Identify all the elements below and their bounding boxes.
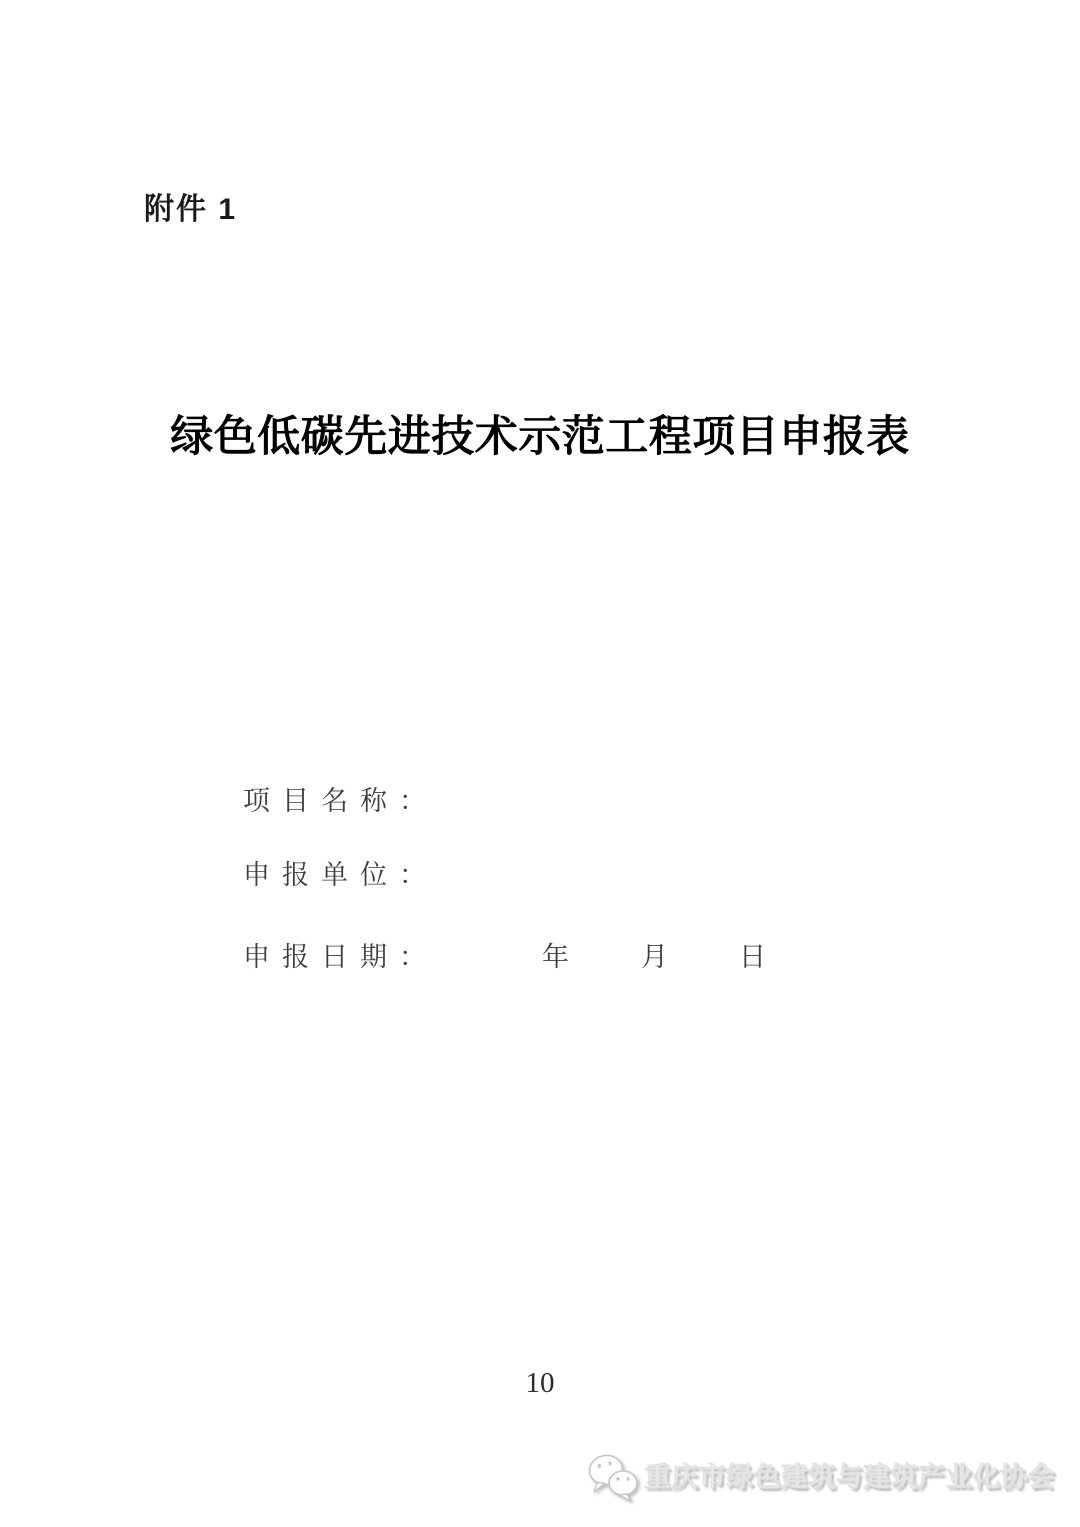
- application-date-line: 申报日期：年月日: [243, 942, 766, 972]
- day-label: 日: [739, 942, 766, 972]
- document-page: 附件 1 绿色低碳先进技术示范工程项目申报表 项目名称： 申报单位： 申报日期：…: [0, 0, 1080, 1527]
- project-name-label: 项目名称：: [243, 786, 438, 816]
- wechat-chat-bubbles-icon: [586, 1452, 642, 1502]
- applicant-unit-label: 申报单位：: [243, 860, 438, 890]
- organization-name: 重庆市绿色建筑与建筑产业化协会: [644, 1462, 1055, 1492]
- attachment-label: 附件 1: [144, 192, 237, 228]
- footer-watermark: 重庆市绿色建筑与建筑产业化协会: [586, 1450, 1055, 1504]
- page-number: 10: [0, 1366, 1080, 1400]
- application-date-label: 申报日期：: [243, 942, 438, 972]
- year-label: 年: [542, 942, 569, 972]
- month-label: 月: [641, 942, 668, 972]
- applicant-unit-line: 申报单位：: [243, 860, 438, 890]
- document-title: 绿色低碳先进技术示范工程项目申报表: [0, 412, 1080, 464]
- project-name-line: 项目名称：: [243, 786, 438, 816]
